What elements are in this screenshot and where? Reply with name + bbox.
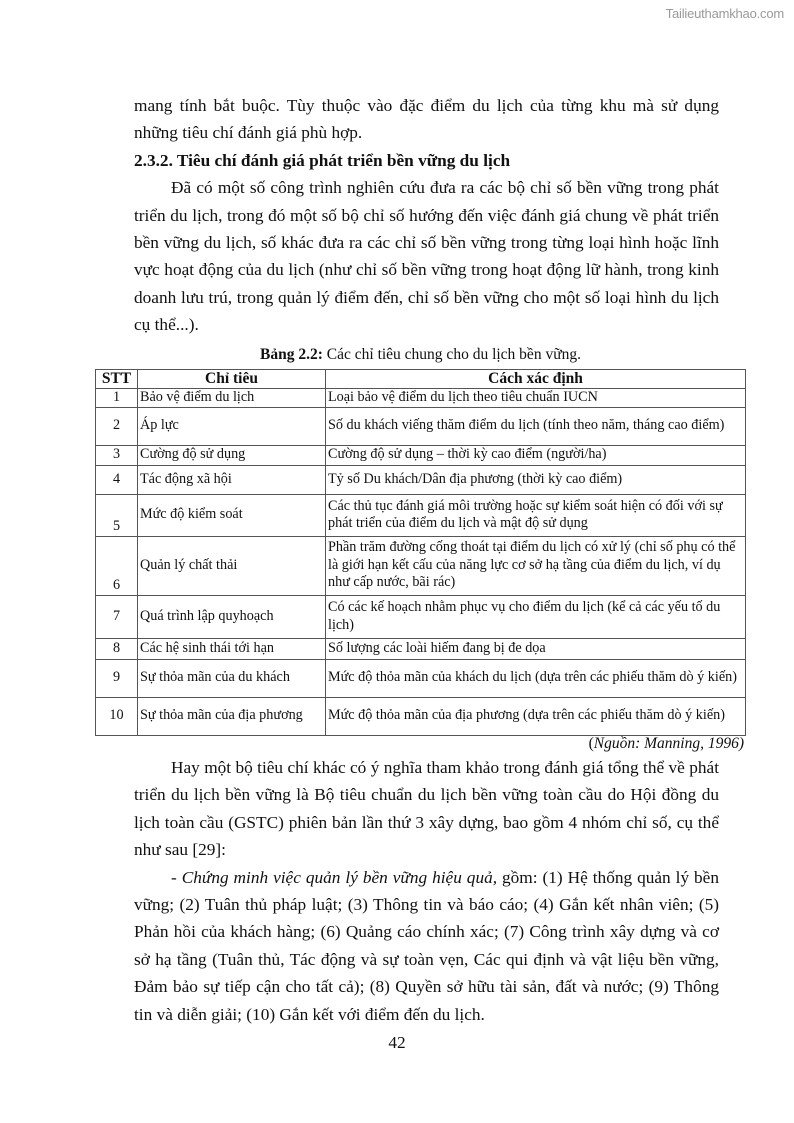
table-row: 4Tác động xã hộiTỷ số Du khách/Dân địa p…: [96, 465, 746, 494]
watermark: Tailieuthamkhao.com: [666, 6, 784, 21]
header-method: Cách xác định: [326, 370, 746, 389]
cell-method: Mức độ thỏa mãn của địa phương (dựa trên…: [326, 697, 746, 735]
cell-stt: 10: [96, 697, 138, 735]
cell-name: Cường độ sử dụng: [138, 445, 326, 465]
section-heading: 2.3.2. Tiêu chí đánh giá phát triển bền …: [134, 147, 719, 174]
cell-name: Các hệ sinh thái tới hạn: [138, 638, 326, 659]
criteria-table: STT Chỉ tiêu Cách xác định 1Bảo vệ điểm …: [95, 369, 746, 736]
table-header-row: STT Chỉ tiêu Cách xác định: [96, 370, 746, 389]
cell-stt: 6: [96, 536, 138, 595]
table-row: 9Sự thỏa mãn của du kháchMức độ thỏa mãn…: [96, 659, 746, 697]
cell-stt: 8: [96, 638, 138, 659]
table-row: 2Áp lựcSố du khách viếng thăm điểm du lị…: [96, 407, 746, 445]
table-row: 3Cường độ sử dụngCường độ sử dụng – thời…: [96, 445, 746, 465]
cell-method: Có các kế hoạch nhằm phục vụ cho điểm du…: [326, 595, 746, 638]
table-source: (Nguồn: Manning, 1996): [589, 735, 744, 753]
page-number: 42: [0, 1033, 794, 1053]
cell-stt: 2: [96, 407, 138, 445]
cell-method: Mức độ thỏa mãn của khách du lịch (dựa t…: [326, 659, 746, 697]
table-caption-label: Bảng 2.2:: [260, 346, 323, 363]
table-caption-text: Các chỉ tiêu chung cho du lịch bền vững.: [323, 346, 581, 363]
cell-method: Phần trăm đường cống thoát tại điểm du l…: [326, 536, 746, 595]
table-row: 8Các hệ sinh thái tới hạnSố lượng các lo…: [96, 638, 746, 659]
intro-paragraph: mang tính bắt buộc. Tùy thuộc vào đặc đi…: [134, 92, 719, 147]
table-source-text: Nguồn: Manning, 1996): [594, 735, 744, 752]
cell-name: Áp lực: [138, 407, 326, 445]
cell-method: Tỷ số Du khách/Dân địa phương (thời kỳ c…: [326, 465, 746, 494]
table-row: 5Mức độ kiểm soátCác thủ tục đánh giá mô…: [96, 494, 746, 536]
cell-name: Bảo vệ điểm du lịch: [138, 388, 326, 407]
cell-name: Quản lý chất thải: [138, 536, 326, 595]
cell-stt: 3: [96, 445, 138, 465]
cell-name: Sự thỏa mãn của địa phương: [138, 697, 326, 735]
table-row: 7Quá trình lập quyhoạchCó các kế hoạch n…: [96, 595, 746, 638]
cell-name: Mức độ kiểm soát: [138, 494, 326, 536]
paragraph-3-italic: - Chứng minh việc quản lý bền vững hiệu …: [171, 868, 497, 887]
header-criteria: Chỉ tiêu: [138, 370, 326, 389]
table-row: 1Bảo vệ điểm du lịchLoại bảo vệ điểm du …: [96, 388, 746, 407]
cell-method: Cường độ sử dụng – thời kỳ cao điểm (ngư…: [326, 445, 746, 465]
cell-method: Số du khách viếng thăm điểm du lịch (tín…: [326, 407, 746, 445]
cell-stt: 5: [96, 494, 138, 536]
paragraph-1: Đã có một số công trình nghiên cứu đưa r…: [134, 174, 719, 338]
cell-stt: 4: [96, 465, 138, 494]
cell-stt: 9: [96, 659, 138, 697]
body-block: Hay một bộ tiêu chí khác có ý nghĩa tham…: [134, 754, 719, 1028]
cell-name: Sự thỏa mãn của du khách: [138, 659, 326, 697]
paragraph-3-rest: gồm: (1) Hệ thống quản lý bền vững; (2) …: [134, 868, 719, 1024]
cell-stt: 7: [96, 595, 138, 638]
paragraph-2: Hay một bộ tiêu chí khác có ý nghĩa tham…: [134, 754, 719, 864]
table-row: 10Sự thỏa mãn của địa phươngMức độ thỏa …: [96, 697, 746, 735]
cell-method: Các thủ tục đánh giá môi trường hoặc sự …: [326, 494, 746, 536]
cell-name: Tác động xã hội: [138, 465, 326, 494]
table-caption: Bảng 2.2: Các chỉ tiêu chung cho du lịch…: [95, 346, 746, 364]
cell-method: Loại bảo vệ điểm du lịch theo tiêu chuẩn…: [326, 388, 746, 407]
cell-stt: 1: [96, 388, 138, 407]
intro-block: mang tính bắt buộc. Tùy thuộc vào đặc đi…: [134, 92, 719, 339]
cell-method: Số lượng các loài hiếm đang bị đe dọa: [326, 638, 746, 659]
cell-name: Quá trình lập quyhoạch: [138, 595, 326, 638]
paragraph-3: - Chứng minh việc quản lý bền vững hiệu …: [134, 864, 719, 1028]
table-row: 6Quản lý chất thảiPhần trăm đường cống t…: [96, 536, 746, 595]
header-stt: STT: [96, 370, 138, 389]
